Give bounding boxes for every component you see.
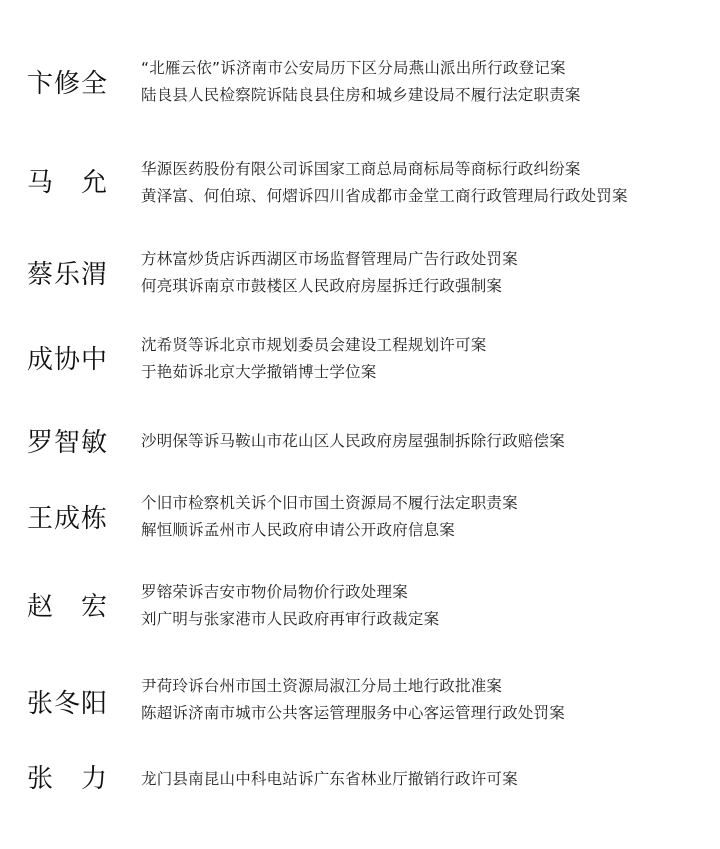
case-title: 沈希贤等诉北京市规划委员会建设工程规划许可案 — [141, 332, 486, 359]
case-list: “北雁云依”诉济南市公安局历下区分局燕山派出所行政登记案陆良县人民检察院诉陆良县… — [141, 55, 581, 109]
expert-name: 王成栋 — [27, 504, 108, 534]
case-title: 个旧市检察机关诉个旧市国土资源局不履行法定职责案 — [141, 490, 518, 517]
case-list: 个旧市检察机关诉个旧市国土资源局不履行法定职责案解恒顺诉孟州市人民政府申请公开政… — [141, 490, 518, 544]
case-list: 沙明保等诉马鞍山市花山区人民政府房屋强制拆除行政赔偿案 — [141, 428, 565, 455]
expert-name: 马 允 — [27, 168, 108, 198]
expert-name: 卞修全 — [27, 69, 108, 99]
case-title: “北雁云依”诉济南市公安局历下区分局燕山派出所行政登记案 — [141, 55, 581, 82]
expert-name: 张 力 — [27, 764, 108, 794]
expert-name: 成协中 — [27, 345, 108, 375]
case-list: 龙门县南昆山中科电站诉广东省林业厅撤销行政许可案 — [141, 766, 518, 793]
case-list: 华源医药股份有限公司诉国家工商总局商标局等商标行政纠纷案黄泽富、何伯琼、何熠诉四… — [141, 156, 628, 210]
expert-name: 赵 宏 — [27, 592, 108, 622]
case-title: 于艳茹诉北京大学撤销博士学位案 — [141, 359, 486, 386]
case-title: 何亮琪诉南京市鼓楼区人民政府房屋拆迁行政强制案 — [141, 273, 518, 300]
case-list: 尹荷玲诉台州市国土资源局淑江分局土地行政批准案陈超诉济南市城市公共客运管理服务中… — [141, 673, 565, 727]
expert-name: 罗智敏 — [27, 428, 108, 458]
case-list: 罗镕荣诉吉安市物价局物价行政处理案刘广明与张家港市人民政府再审行政裁定案 — [141, 579, 439, 633]
case-title: 尹荷玲诉台州市国土资源局淑江分局土地行政批准案 — [141, 673, 565, 700]
case-title: 沙明保等诉马鞍山市花山区人民政府房屋强制拆除行政赔偿案 — [141, 428, 565, 455]
case-title: 华源医药股份有限公司诉国家工商总局商标局等商标行政纠纷案 — [141, 156, 628, 183]
case-title: 龙门县南昆山中科电站诉广东省林业厅撤销行政许可案 — [141, 766, 518, 793]
expert-name: 张冬阳 — [27, 689, 108, 719]
case-title: 罗镕荣诉吉安市物价局物价行政处理案 — [141, 579, 439, 606]
case-list: 沈希贤等诉北京市规划委员会建设工程规划许可案于艳茹诉北京大学撤销博士学位案 — [141, 332, 486, 386]
case-title: 黄泽富、何伯琼、何熠诉四川省成都市金堂工商行政管理局行政处罚案 — [141, 183, 628, 210]
case-title: 方林富炒货店诉西湖区市场监督管理局广告行政处罚案 — [141, 246, 518, 273]
case-title: 陆良县人民检察院诉陆良县住房和城乡建设局不履行法定职责案 — [141, 82, 581, 109]
case-list: 方林富炒货店诉西湖区市场监督管理局广告行政处罚案何亮琪诉南京市鼓楼区人民政府房屋… — [141, 246, 518, 300]
case-title: 解恒顺诉孟州市人民政府申请公开政府信息案 — [141, 517, 518, 544]
expert-name: 蔡乐渭 — [27, 260, 108, 290]
case-title: 刘广明与张家港市人民政府再审行政裁定案 — [141, 606, 439, 633]
case-title: 陈超诉济南市城市公共客运管理服务中心客运管理行政处罚案 — [141, 700, 565, 727]
